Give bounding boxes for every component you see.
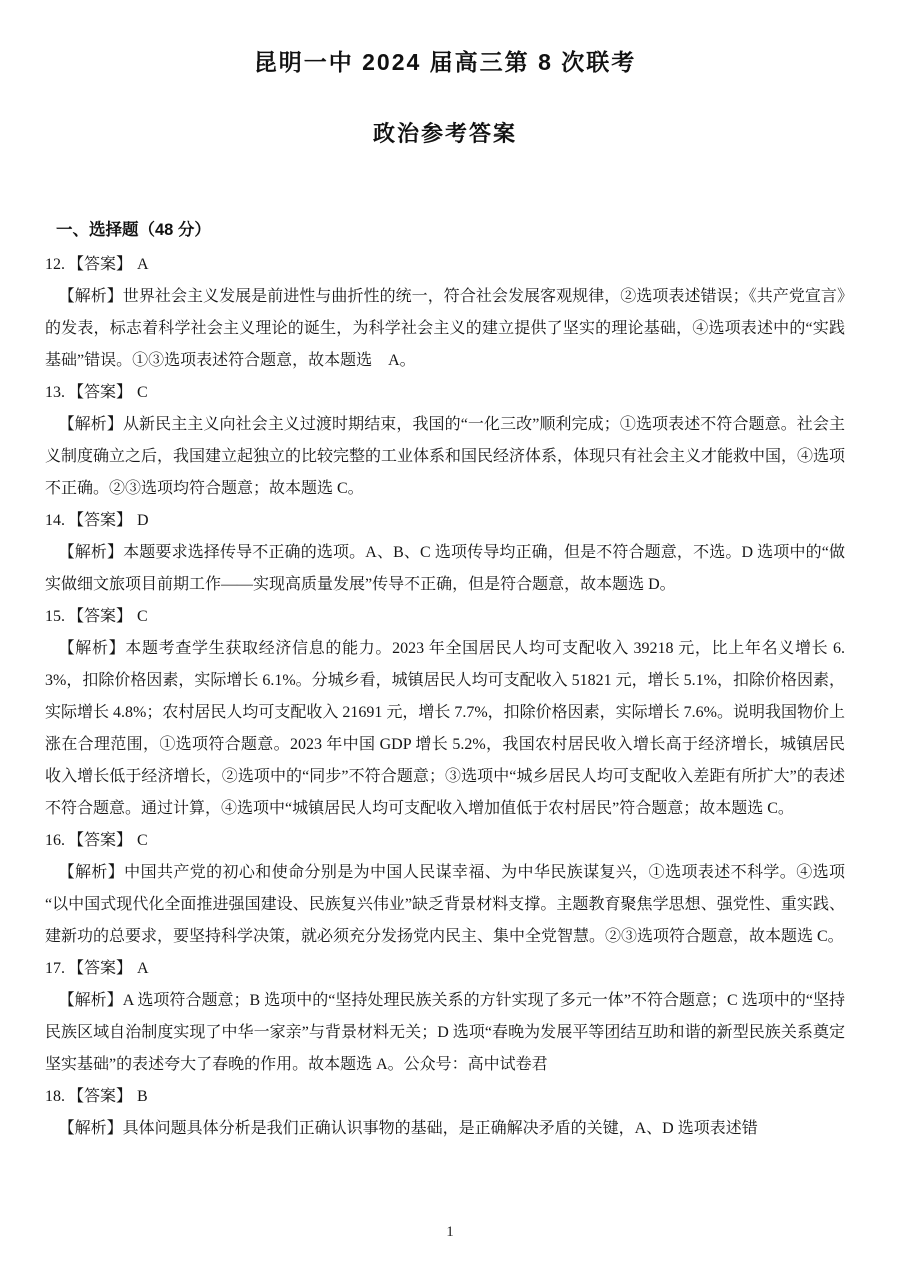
answer-value: A (137, 256, 149, 273)
analysis-label: 【解析】 (59, 288, 123, 305)
question-number: 15. (45, 601, 67, 633)
question-number: 14. (45, 505, 67, 537)
analysis-text: 中国共产党的初心和使命分别是为中国人民谋幸福、为中华民族谋复兴，①选项表述不科学… (45, 864, 845, 945)
analysis-label: 【解析】 (59, 416, 123, 433)
answer-line: 14.【答案】D (45, 505, 845, 537)
analysis-label: 【解析】 (59, 640, 126, 657)
answers-list: 12.【答案】A 【解析】世界社会主义发展是前进性与曲折性的统一，符合社会发展客… (45, 249, 845, 1145)
question-number: 17. (45, 953, 67, 985)
analysis-label: 【解析】 (59, 1120, 123, 1137)
answer-line: 12.【答案】A (45, 249, 845, 281)
answer-line: 13.【答案】C (45, 377, 845, 409)
analysis-paragraph: 【解析】A 选项符合题意；B 选项中的“坚持处理民族关系的方针实现了多元一体”不… (45, 985, 845, 1081)
answer-label: 【答案】 (68, 512, 132, 529)
analysis-label: 【解析】 (59, 864, 125, 881)
question-17: 17.【答案】A 【解析】A 选项符合题意；B 选项中的“坚持处理民族关系的方针… (45, 953, 845, 1081)
question-14: 14.【答案】D 【解析】本题要求选择传导不正确的选项。A、B、C 选项传导均正… (45, 505, 845, 601)
analysis-paragraph: 【解析】世界社会主义发展是前进性与曲折性的统一，符合社会发展客观规律，②选项表述… (45, 281, 845, 377)
analysis-text: 世界社会主义发展是前进性与曲折性的统一，符合社会发展客观规律，②选项表述错误；《… (45, 288, 845, 369)
answer-value: C (137, 608, 148, 625)
analysis-paragraph: 【解析】本题要求选择传导不正确的选项。A、B、C 选项传导均正确，但是不符合题意… (45, 537, 845, 601)
question-18: 18.【答案】B 【解析】具体问题具体分析是我们正确认识事物的基础，是正确解决矛… (45, 1081, 845, 1145)
question-number: 18. (45, 1081, 67, 1113)
section-heading-multiple-choice: 一、选择题（48 分） (45, 214, 845, 246)
question-number: 13. (45, 377, 67, 409)
answer-label: 【答案】 (68, 608, 132, 625)
question-13: 13.【答案】C 【解析】从新民主主义向社会主义过渡时期结束，我国的“一化三改”… (45, 377, 845, 505)
answer-label: 【答案】 (68, 384, 132, 401)
answer-value: C (137, 384, 148, 401)
analysis-text: A 选项符合题意；B 选项中的“坚持处理民族关系的方针实现了多元一体”不符合题意… (45, 992, 845, 1073)
answer-value: C (137, 832, 148, 849)
answer-label: 【答案】 (68, 1088, 132, 1105)
page-title: 昆明一中 2024 届高三第 8 次联考 (45, 44, 845, 77)
analysis-paragraph: 【解析】本题考查学生获取经济信息的能力。2023 年全国居民人均可支配收入 39… (45, 633, 845, 825)
analysis-text: 从新民主主义向社会主义过渡时期结束，我国的“一化三改”顺利完成；①选项表述不符合… (45, 416, 845, 497)
answer-value: A (137, 960, 149, 977)
answer-value: B (137, 1088, 148, 1105)
answer-value: D (137, 512, 149, 529)
page-number: 1 (0, 1224, 900, 1241)
answer-label: 【答案】 (68, 256, 132, 273)
analysis-text: 本题考查学生获取经济信息的能力。2023 年全国居民人均可支配收入 39218 … (45, 640, 845, 817)
exam-answer-page: 昆明一中 2024 届高三第 8 次联考 政治参考答案 一、选择题（48 分） … (0, 0, 900, 1279)
question-15: 15.【答案】C 【解析】本题考查学生获取经济信息的能力。2023 年全国居民人… (45, 601, 845, 825)
analysis-text: 本题要求选择传导不正确的选项。A、B、C 选项传导均正确，但是不符合题意，不选。… (45, 544, 845, 593)
question-number: 12. (45, 249, 67, 281)
question-number: 16. (45, 825, 67, 857)
analysis-label: 【解析】 (59, 544, 124, 561)
analysis-text: 具体问题具体分析是我们正确认识事物的基础，是正确解决矛盾的关键，A、D 选项表述… (123, 1120, 758, 1137)
analysis-paragraph: 【解析】从新民主主义向社会主义过渡时期结束，我国的“一化三改”顺利完成；①选项表… (45, 409, 845, 505)
answer-label: 【答案】 (68, 832, 132, 849)
question-12: 12.【答案】A 【解析】世界社会主义发展是前进性与曲折性的统一，符合社会发展客… (45, 249, 845, 377)
answer-line: 18.【答案】B (45, 1081, 845, 1113)
answer-label: 【答案】 (68, 960, 132, 977)
page-subtitle: 政治参考答案 (45, 117, 845, 148)
analysis-paragraph: 【解析】中国共产党的初心和使命分别是为中国人民谋幸福、为中华民族谋复兴，①选项表… (45, 857, 845, 953)
answer-line: 17.【答案】A (45, 953, 845, 985)
analysis-paragraph: 【解析】具体问题具体分析是我们正确认识事物的基础，是正确解决矛盾的关键，A、D … (45, 1113, 845, 1145)
answer-line: 16.【答案】C (45, 825, 845, 857)
answer-line: 15.【答案】C (45, 601, 845, 633)
analysis-label: 【解析】 (59, 992, 123, 1009)
question-16: 16.【答案】C 【解析】中国共产党的初心和使命分别是为中国人民谋幸福、为中华民… (45, 825, 845, 953)
